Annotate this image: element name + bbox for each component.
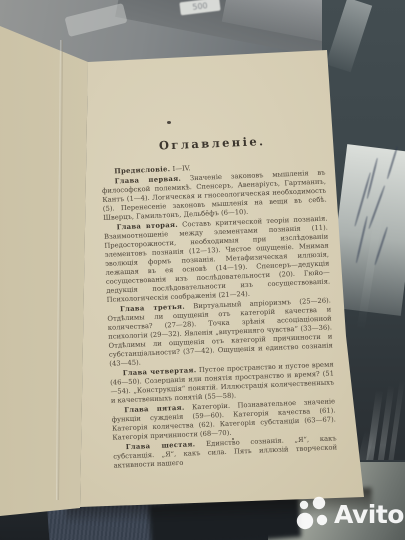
table-of-contents: Оглавленіе. Предисловіе. I—IV. Глава пер… [100, 132, 338, 471]
handwriting-stroke [374, 227, 388, 266]
handwriting-stroke [368, 185, 386, 229]
preface-label: Предисловіе. [114, 165, 170, 175]
listing-photo: 500 Оглавленіе. Предисловіе. I—IV. Глава… [0, 0, 405, 540]
handwriting-stroke [354, 172, 371, 226]
toc-chapter-3: Глава третья. Виртуальный апріоризмъ (25… [107, 297, 333, 369]
chapter-summary: Категоріи. Познавательное значеніе функц… [112, 397, 337, 441]
avito-watermark: Avito [295, 491, 405, 537]
toc-chapter-1: Глава первая. Значеніе законовъ мышленія… [102, 169, 328, 223]
ink-speck [167, 121, 171, 124]
avito-logo-icon [295, 494, 331, 534]
avito-wordmark: Avito [334, 500, 404, 529]
toc-chapter-2: Глава вторая. Составъ критической теоріи… [103, 215, 330, 304]
preface-pages: I—IV. [172, 164, 190, 173]
chapter-summary: Пустое пространство и пустое время (46—5… [110, 360, 335, 404]
handwriting-stroke [355, 216, 368, 263]
handwriting-stroke [386, 146, 398, 179]
